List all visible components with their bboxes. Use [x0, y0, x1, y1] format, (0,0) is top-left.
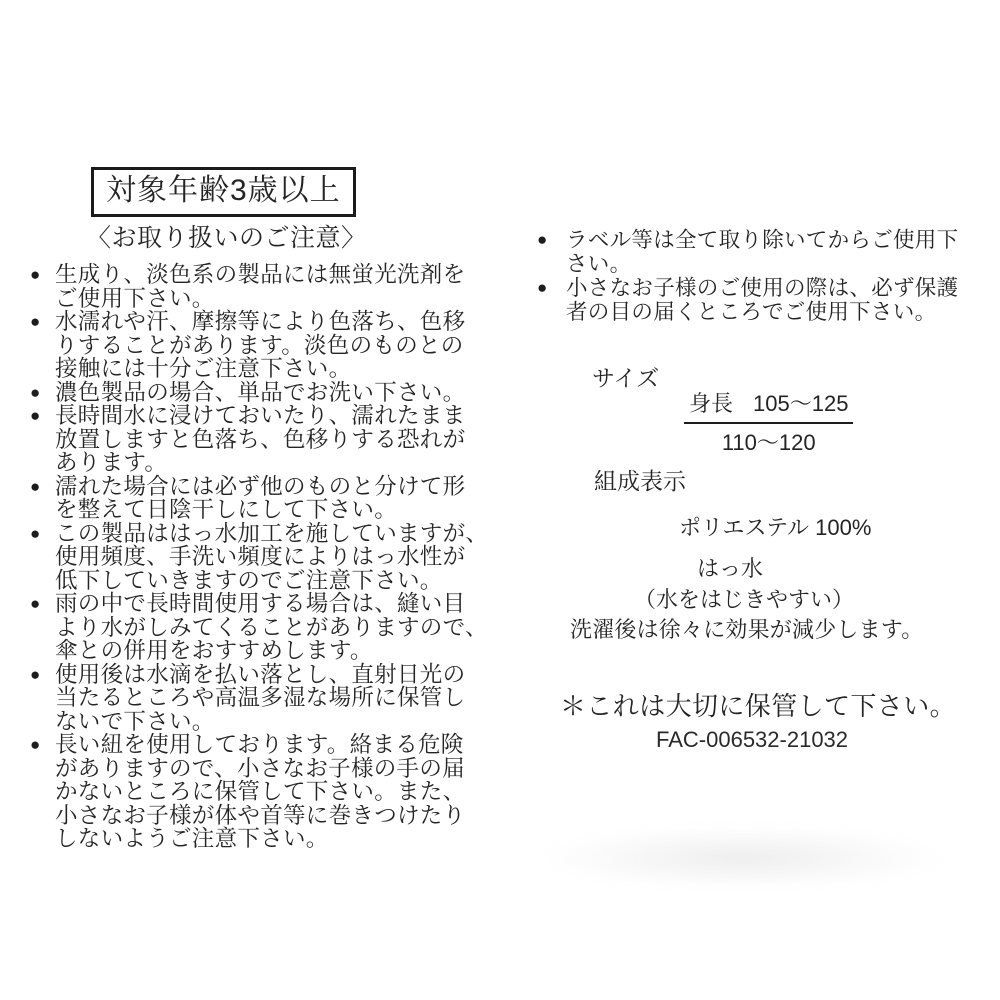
water-repellent-caution: 洗濯後は徐々に効果が減少します。 — [570, 613, 923, 644]
care-instructions-list-right: ● ラベル等は全て取り除いてからご使用下 さい。 ● 小さなお子様のご使用の際は… — [537, 228, 969, 324]
size-heading: サイズ — [592, 360, 659, 393]
care-instruction-item: ● 濃色製品の場合、単品でお洗い下さい。 — [30, 381, 502, 405]
bullet-icon: ● — [30, 663, 55, 687]
care-instruction-text: 使用後は水滴を払い落とし、直射日光の 当たるところや高温多湿な場所に保管し ない… — [55, 663, 502, 734]
bullet-icon: ● — [30, 733, 55, 757]
care-instruction-item: ● 雨の中で長時間使用する場合は、縫い目 より水がしみてくることがありますので、… — [30, 592, 502, 663]
care-label-scan: 対象年齢3歳以上 〈お取り扱いのご注意〉 ● 生成り、淡色系の製品には無蛍光洗剤… — [0, 0, 1000, 1000]
care-instruction-item: ● 濡れた場合には必ず他のものと分けて形 を整えて日陰干しにして下さい。 — [30, 475, 502, 522]
care-instruction-item: ● 小さなお子様のご使用の際は、必ず保護 者の目の届くところでご使用下さい。 — [537, 276, 969, 324]
care-instruction-item: ● この製品ははっ水加工を施していますが、 使用頻度、手洗い頻度によりはっ水性が… — [30, 522, 502, 593]
care-instruction-text: ラベル等は全て取り除いてからご使用下 さい。 — [566, 228, 969, 276]
care-instruction-text: 長時間水に浸けておいたり、濡れたまま 放置しますと色落ち、色移りする恐れが あり… — [55, 404, 502, 475]
care-instruction-text: 濃色製品の場合、単品でお洗い下さい。 — [55, 381, 502, 405]
product-code: FAC-006532-21032 — [656, 727, 848, 753]
size-row-label: 身長 — [689, 391, 733, 416]
care-instruction-text: この製品ははっ水加工を施していますが、 使用頻度、手洗い頻度によりはっ水性が 低… — [55, 522, 502, 593]
care-instructions-title: 〈お取り扱いのご注意〉 — [86, 224, 367, 252]
care-instruction-item: ● 長時間水に浸けておいたり、濡れたまま 放置しますと色落ち、色移りする恐れが … — [30, 404, 502, 475]
care-instruction-text: 雨の中で長時間使用する場合は、縫い目 より水がしみてくることがありますので、 傘… — [55, 592, 502, 663]
size-height-row: 身長105～125 — [684, 387, 853, 424]
bullet-icon: ● — [30, 592, 55, 616]
keep-notice: ＊これは大切に保管して下さい。 — [560, 686, 956, 723]
care-instruction-item: ● ラベル等は全て取り除いてからご使用下 さい。 — [537, 228, 969, 276]
composition-heading: 組成表示 — [594, 463, 686, 496]
age-restriction-box: 対象年齢3歳以上 — [91, 167, 356, 217]
care-instruction-text: 小さなお子様のご使用の際は、必ず保護 者の目の届くところでご使用下さい。 — [566, 276, 969, 324]
care-instruction-text: 濡れた場合には必ず他のものと分けて形 を整えて日陰干しにして下さい。 — [55, 475, 502, 522]
composition-material: ポリエステル 100% — [679, 511, 871, 542]
size-height-range: 105～125 — [753, 391, 848, 416]
care-instruction-item: ● 水濡れや汗、摩擦等により色落ち、色移 りすることがあります。淡色のものとの … — [30, 310, 502, 381]
size-range: 110～120 — [684, 424, 853, 457]
bullet-icon: ● — [537, 276, 566, 300]
care-instruction-text: 水濡れや汗、摩擦等により色落ち、色移 りすることがあります。淡色のものとの 接触… — [55, 310, 502, 381]
bullet-icon: ● — [30, 263, 55, 287]
bullet-icon: ● — [30, 404, 55, 428]
age-restriction-text: 対象年齢3歳以上 — [106, 174, 341, 207]
care-instruction-item: ● 生成り、淡色系の製品には無蛍光洗剤を ご使用下さい。 — [30, 263, 502, 310]
water-repellent-name: はっ水 — [697, 552, 763, 583]
bullet-icon: ● — [30, 522, 55, 546]
care-instruction-text: 長い紐を使用しております。絡まる危険 がありますので、小さなお子様の手の届 かな… — [55, 733, 502, 851]
care-instruction-item: ● 使用後は水滴を払い落とし、直射日光の 当たるところや高温多湿な場所に保管し … — [30, 663, 502, 734]
bullet-icon: ● — [537, 228, 566, 252]
care-instruction-text: 生成り、淡色系の製品には無蛍光洗剤を ご使用下さい。 — [55, 263, 502, 310]
care-instructions-list-left: ● 生成り、淡色系の製品には無蛍光洗剤を ご使用下さい。 ● 水濡れや汗、摩擦等… — [30, 263, 502, 851]
care-instruction-item: ● 長い紐を使用しております。絡まる危険 がありますので、小さなお子様の手の届 … — [30, 733, 502, 851]
water-repellent-note: （水をはじきやすい） — [634, 583, 854, 614]
size-fraction: 身長105～125 110～120 — [684, 387, 853, 457]
scan-showthrough-artifact — [548, 826, 938, 884]
bullet-icon: ● — [30, 475, 55, 499]
bullet-icon: ● — [30, 310, 55, 334]
bullet-icon: ● — [30, 381, 55, 405]
